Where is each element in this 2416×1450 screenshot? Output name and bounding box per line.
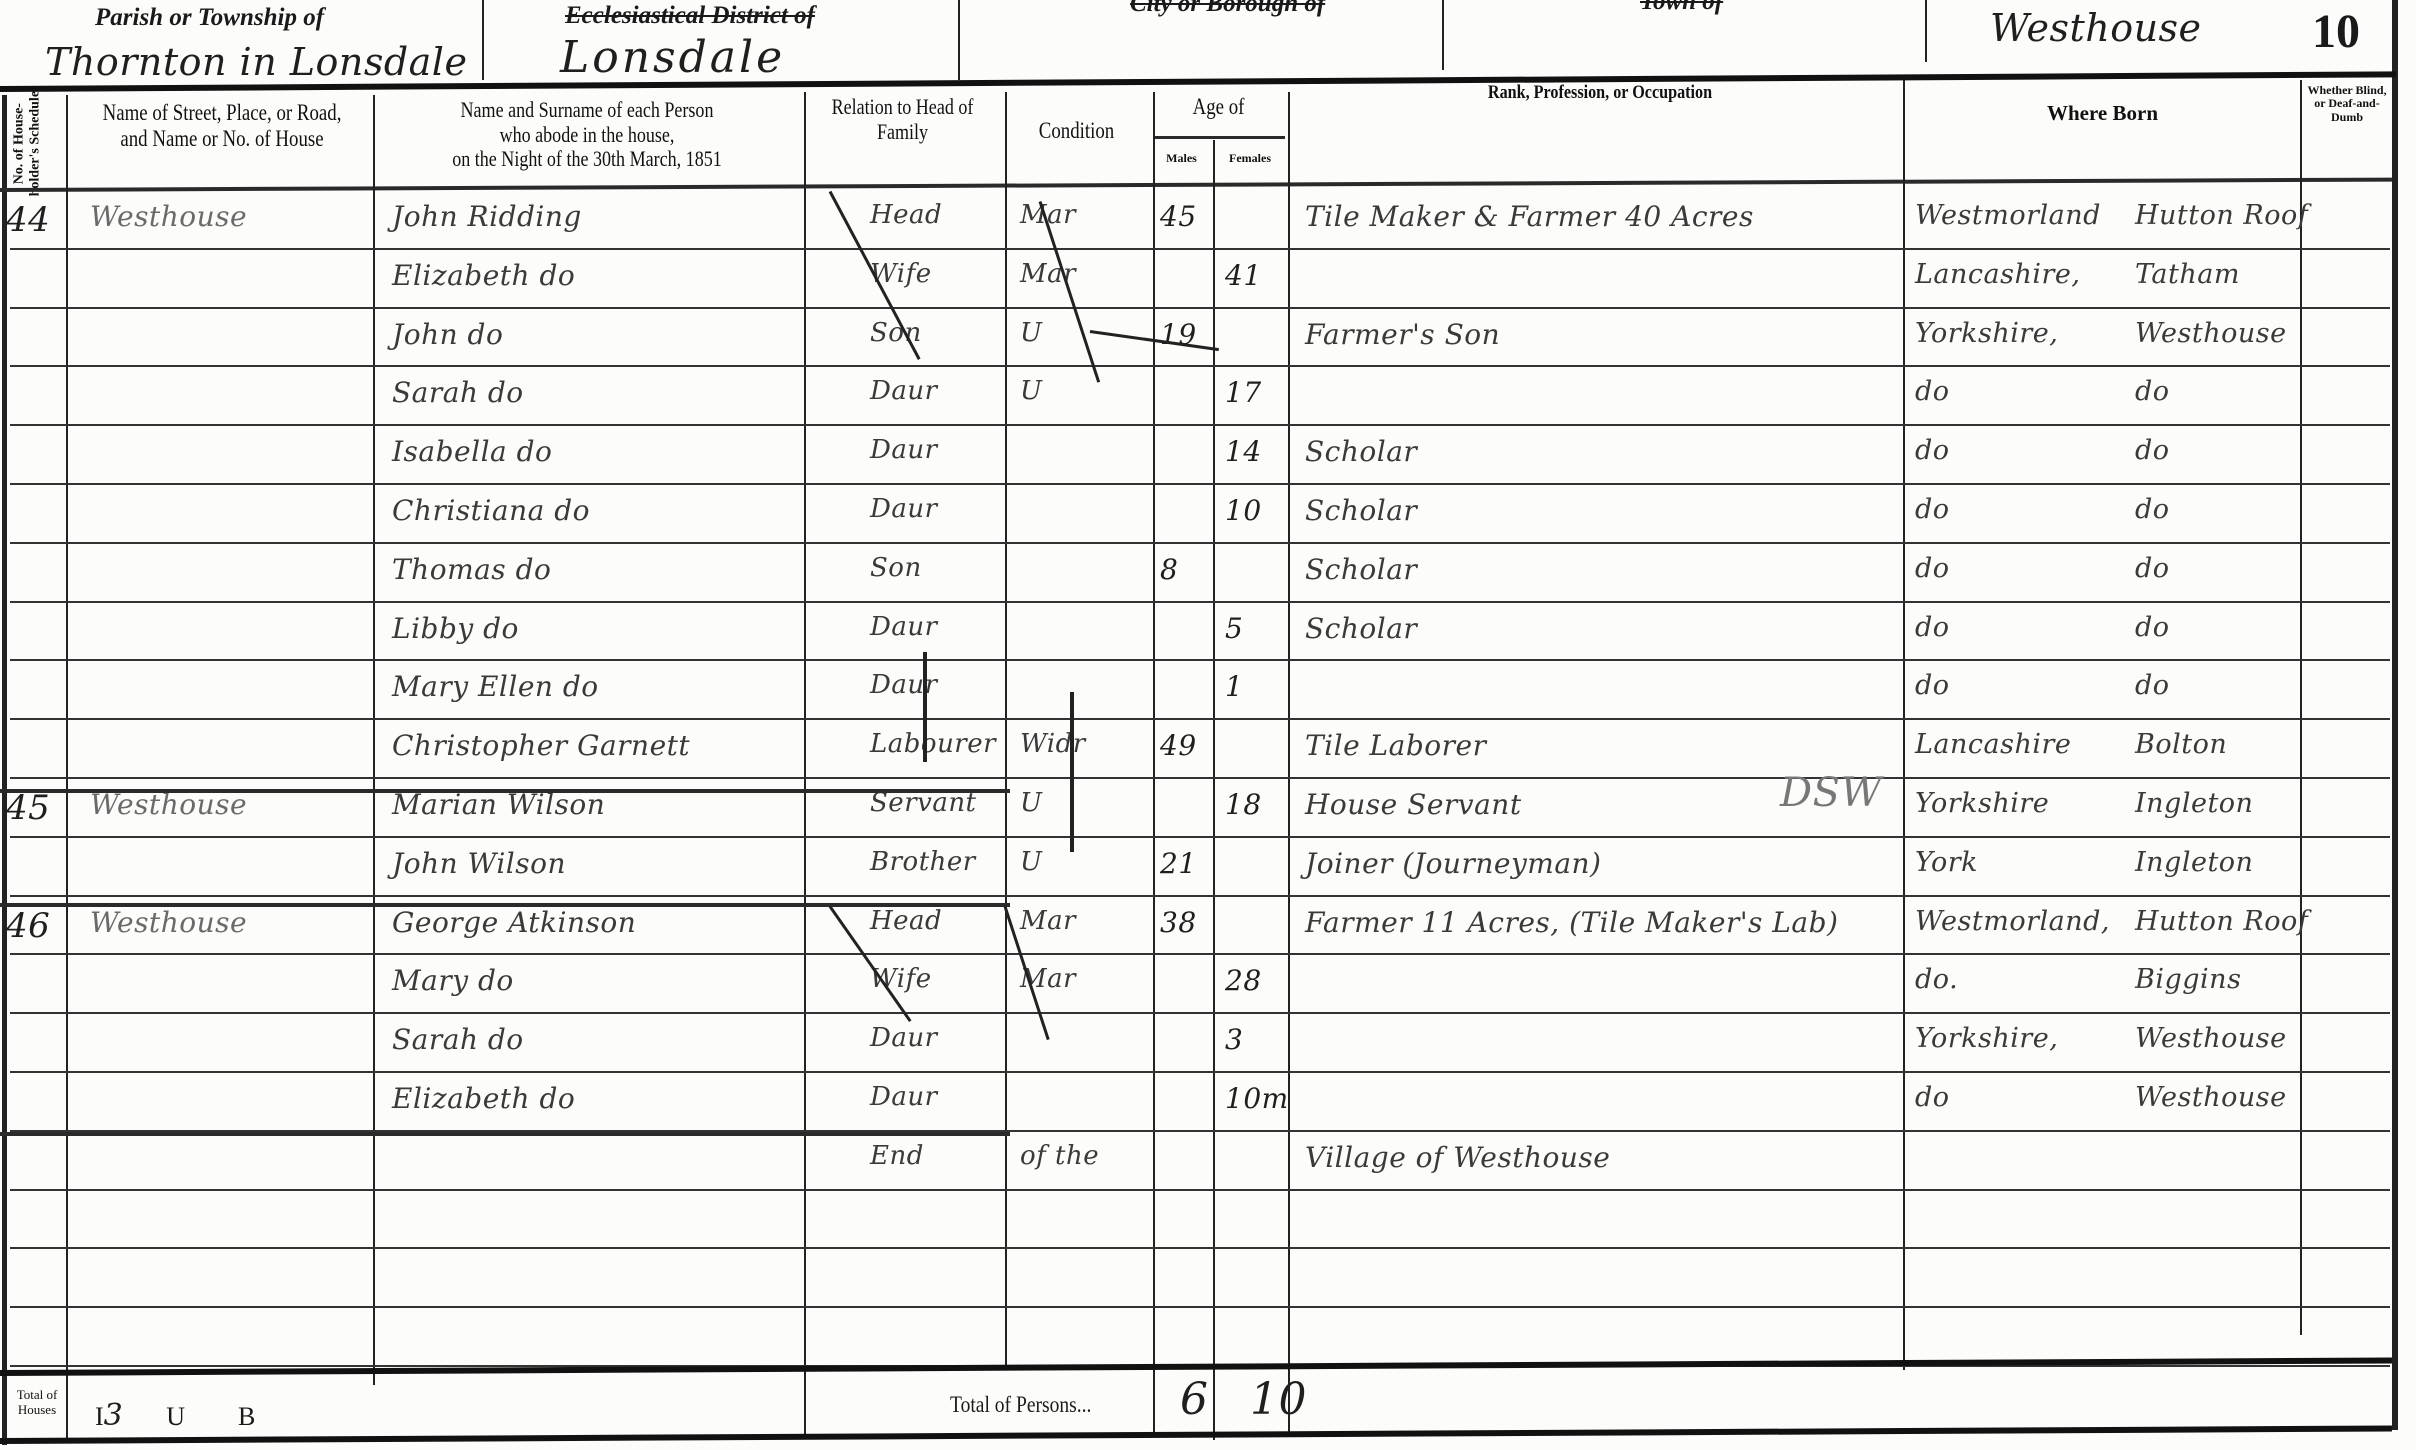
row-rule: [10, 953, 2390, 955]
cell-born-place: Westhouse: [2135, 1082, 2300, 1113]
cell-male-age: 38: [1160, 906, 1212, 939]
cell-born-place: do: [2135, 494, 2300, 525]
cell-schedule: 46: [6, 906, 64, 946]
cell-name: George Atkinson: [392, 906, 802, 939]
cell-born-county: do: [1915, 435, 2145, 466]
cell-born-place: Hutton Roof: [2135, 200, 2300, 231]
cell-born-place: do: [2135, 553, 2300, 584]
town-label: Town of: [1640, 0, 1723, 16]
title-divider-4: [1925, 0, 1927, 62]
row-rule: [10, 424, 2390, 426]
cell-relation: Daur: [870, 1082, 1000, 1112]
cell-name: Sarah do: [392, 1023, 802, 1056]
cell-relation: Daur: [870, 670, 1000, 700]
cell-relation: Daur: [870, 435, 1000, 465]
cell-condition: Mar: [1020, 259, 1150, 289]
page-number: 10: [2312, 4, 2360, 59]
cell-condition: Widr: [1020, 729, 1150, 759]
table-row: Endof theVillage of Westhouse: [0, 1133, 2392, 1192]
cell-born-county: do: [1915, 1082, 2145, 1113]
cell-relation: Head: [870, 200, 1000, 230]
cell-relation: Wife: [870, 259, 1000, 289]
cell-born-county: Westmorland: [1915, 200, 2145, 231]
cell-born-place: do: [2135, 376, 2300, 407]
title-divider-1: [482, 0, 484, 80]
row-rule: [10, 1247, 2390, 1249]
cell-male-age: 49: [1160, 729, 1212, 762]
inhabited-value: 3: [104, 1398, 124, 1433]
cell-name: Elizabeth do: [392, 259, 802, 292]
household-separator-46: [0, 903, 1010, 907]
cell-born-county: do: [1915, 612, 2145, 643]
inhabited-label: I: [95, 1402, 104, 1431]
row-rule: [10, 1071, 2390, 1073]
cell-occupation: Farmer 11 Acres, (Tile Maker's Lab): [1305, 906, 1900, 939]
cell-female-age: 17: [1225, 376, 1285, 409]
city-borough-label: City or Borough of: [1130, 0, 1325, 18]
table-row: 44WesthouseJohn RiddingHeadMar45Tile Mak…: [0, 192, 2392, 251]
row-rule: [10, 895, 2390, 897]
row-rule: [10, 365, 2390, 367]
tally-mark: [923, 652, 927, 762]
cell-occupation: Farmer's Son: [1305, 318, 1900, 351]
cell-name: John Wilson: [392, 847, 802, 880]
table-row: [0, 1192, 2392, 1251]
cell-female-age: 10m: [1225, 1082, 1285, 1115]
table-row: Thomas doSon8Scholardodo: [0, 545, 2392, 604]
margin-note: DSW: [1780, 770, 1882, 816]
cell-relation: Brother: [870, 847, 1000, 877]
header-relation: Relation to Head of Family: [823, 95, 983, 144]
total-males: 6: [1180, 1374, 1209, 1425]
row-rule: [10, 1189, 2390, 1191]
title-divider-3: [1442, 0, 1444, 70]
row-rule: [10, 307, 2390, 309]
header-name: Name and Surname of each Person who abod…: [411, 98, 764, 172]
cell-name: Mary do: [392, 964, 802, 997]
row-rule: [10, 718, 2390, 720]
cell-born-county: Yorkshire,: [1915, 1023, 2145, 1054]
table-row: John doSonU19Farmer's SonYorkshire,Westh…: [0, 310, 2392, 369]
cell-occupation: Scholar: [1305, 553, 1900, 586]
totals-bottom-rule: [0, 1425, 2392, 1444]
header-females: Females: [1213, 152, 1287, 165]
cell-born-county: Yorkshire,: [1915, 318, 2145, 349]
header-schedule-text: No. of House-holder's Schedule: [11, 91, 42, 196]
building-label: B: [238, 1402, 255, 1431]
header-name-line3: on the Night of the 30th March, 1851: [411, 147, 764, 172]
cell-female-age: 5: [1225, 612, 1285, 645]
cell-born-county: do.: [1915, 964, 2145, 995]
cell-relation: Head: [870, 906, 1000, 936]
cell-relation: Son: [870, 318, 1000, 348]
header-condition: Condition: [1016, 118, 1137, 144]
village-value: Westhouse: [1990, 6, 2202, 50]
cell-name: Christiana do: [392, 494, 802, 527]
cell-occupation: Tile Maker & Farmer 40 Acres: [1305, 200, 1900, 233]
cell-born-place: do: [2135, 435, 2300, 466]
cell-name: John do: [392, 318, 802, 351]
cell-relation: Daur: [870, 494, 1000, 524]
cell-relation: Son: [870, 553, 1000, 583]
tally-mark: [1070, 692, 1074, 852]
row-rule: [10, 601, 2390, 603]
row-rule: [10, 248, 2390, 250]
uninhabited-label: U: [166, 1402, 185, 1431]
eccl-district-text: Ecclesiastical District of: [565, 2, 815, 29]
table-row: Mary Ellen doDaur1dodo: [0, 662, 2392, 721]
cell-name: Sarah do: [392, 376, 802, 409]
cell-female-age: 3: [1225, 1023, 1285, 1056]
cell-condition: Mar: [1020, 964, 1150, 994]
cell-born-county: do: [1915, 670, 2145, 701]
table-row: Elizabeth doDaur10mdoWesthouse: [0, 1074, 2392, 1133]
cell-occupation: Joiner (Journeyman): [1305, 847, 1900, 880]
cell-born-place: Westhouse: [2135, 318, 2300, 349]
row-rule: [10, 542, 2390, 544]
cell-born-county: York: [1915, 847, 2145, 878]
parish-label: Parish or Township of: [95, 4, 324, 32]
cell-street: Westhouse: [90, 200, 370, 233]
cell-name: Thomas do: [392, 553, 802, 586]
cell-relation: Daur: [870, 376, 1000, 406]
table-row: Mary doWifeMar28do.Biggins: [0, 956, 2392, 1015]
header-rule: [0, 178, 2392, 192]
row-rule: [10, 1012, 2390, 1014]
cell-name: Mary Ellen do: [392, 670, 802, 703]
cell-occupation: Scholar: [1305, 494, 1900, 527]
header-age-of: Age of: [1162, 94, 1274, 120]
cell-born-county: Yorkshire: [1915, 788, 2145, 819]
cell-schedule: 44: [6, 200, 64, 240]
household-separator-45: [0, 789, 1010, 793]
cell-relation: Labourer: [870, 729, 1000, 759]
cell-female-age: 1: [1225, 670, 1285, 703]
table-row: Elizabeth doWifeMar41Lancashire,Tatham: [0, 251, 2392, 310]
cell-female-age: 18: [1225, 788, 1285, 821]
cell-street: Westhouse: [90, 906, 370, 939]
cell-condition: U: [1020, 788, 1150, 818]
header-where-born: Where Born: [1905, 102, 2300, 126]
age-header-rule: [1155, 136, 1285, 139]
cell-relation: End: [870, 1141, 1000, 1171]
row-rule: [10, 483, 2390, 485]
cell-name: Isabella do: [392, 435, 802, 468]
cell-occupation: Tile Laborer: [1305, 729, 1900, 762]
cell-born-place: do: [2135, 670, 2300, 701]
eccl-district-label: Ecclesiastical District of: [565, 2, 815, 30]
header-blind-deaf: Whether Blind, or Deaf-and-Dumb: [2302, 84, 2392, 124]
cell-relation: Daur: [870, 1023, 1000, 1053]
household-separator-end: [0, 1132, 1010, 1136]
table-row: Sarah doDaurU17dodo: [0, 368, 2392, 427]
cell-name: Elizabeth do: [392, 1082, 802, 1115]
table-row: Isabella doDaur14Scholardodo: [0, 427, 2392, 486]
cell-male-age: 45: [1160, 200, 1212, 233]
city-borough-text: City or Borough of: [1130, 0, 1325, 17]
row-rule: [10, 659, 2390, 661]
table-row: [0, 1250, 2392, 1309]
cell-born-place: do: [2135, 612, 2300, 643]
cell-occupation: Scholar: [1305, 612, 1900, 645]
cell-born-county: Lancashire: [1915, 729, 2145, 760]
cell-condition: U: [1020, 376, 1150, 406]
eccl-district-value: Lonsdale: [560, 32, 785, 83]
cell-born-county: do: [1915, 553, 2145, 584]
total-houses-label: Total of Houses: [8, 1388, 66, 1417]
cell-name: Libby do: [392, 612, 802, 645]
cell-occupation: Village of Westhouse: [1305, 1141, 1900, 1174]
cell-condition: U: [1020, 847, 1150, 877]
header-males: Males: [1150, 152, 1213, 165]
header-name-line2: who abode in the house,: [411, 123, 764, 148]
page-right-border: [2392, 0, 2398, 1430]
header-schedule: No. of House-holder's Schedule: [11, 89, 42, 199]
cell-female-age: 14: [1225, 435, 1285, 468]
cell-born-place: Biggins: [2135, 964, 2300, 995]
cell-born-county: Lancashire,: [1915, 259, 2145, 290]
cell-female-age: 41: [1225, 259, 1285, 292]
total-persons-label: Total of Persons...: [950, 1392, 1091, 1418]
cell-name: Christopher Garnett: [392, 729, 802, 762]
title-divider-2: [958, 0, 960, 80]
cell-born-place: Ingleton: [2135, 788, 2300, 819]
cell-born-place: Westhouse: [2135, 1023, 2300, 1054]
table-row: Christiana doDaur10Scholardodo: [0, 486, 2392, 545]
row-rule: [10, 836, 2390, 838]
cell-born-place: Tatham: [2135, 259, 2300, 290]
census-page: Parish or Township of Thornton in Lonsda…: [0, 0, 2416, 1450]
parish-value: Thornton in Lonsdale: [45, 40, 467, 84]
table-row: John WilsonBrotherU21Joiner (Journeyman)…: [0, 839, 2392, 898]
header-name-line1: Name and Surname of each Person: [411, 98, 764, 123]
cell-born-county: do: [1915, 376, 2145, 407]
cell-born-place: Hutton Roof: [2135, 906, 2300, 937]
table-row: Christopher GarnettLabourerWidr49Tile La…: [0, 721, 2392, 780]
cell-name: John Ridding: [392, 200, 802, 233]
table-row: Sarah doDaur3Yorkshire,Westhouse: [0, 1015, 2392, 1074]
cell-born-county: Westmorland,: [1915, 906, 2145, 937]
row-rule: [10, 1306, 2390, 1308]
cell-relation: Daur: [870, 612, 1000, 642]
cell-female-age: 10: [1225, 494, 1285, 527]
cell-born-county: do: [1915, 494, 2145, 525]
cell-born-place: Ingleton: [2135, 847, 2300, 878]
cell-schedule: 45: [6, 788, 64, 828]
cell-male-age: 8: [1160, 553, 1212, 586]
cell-female-age: 28: [1225, 964, 1285, 997]
total-houses-values: I3 U B: [95, 1398, 255, 1433]
cell-born-place: Bolton: [2135, 729, 2300, 760]
table-row: Libby doDaur5Scholardodo: [0, 604, 2392, 663]
cell-condition: Mar: [1020, 906, 1150, 936]
cell-male-age: 21: [1160, 847, 1212, 880]
town-text: Town of: [1640, 0, 1723, 15]
header-street: Name of Street, Place, or Road, and Name…: [99, 100, 345, 152]
header-occupation: Rank, Profession, or Occupation: [1473, 82, 1728, 103]
total-females: 10: [1250, 1374, 1307, 1425]
cell-occupation: Scholar: [1305, 435, 1900, 468]
cell-condition: of the: [1020, 1141, 1150, 1171]
row-rule: [10, 777, 2390, 779]
